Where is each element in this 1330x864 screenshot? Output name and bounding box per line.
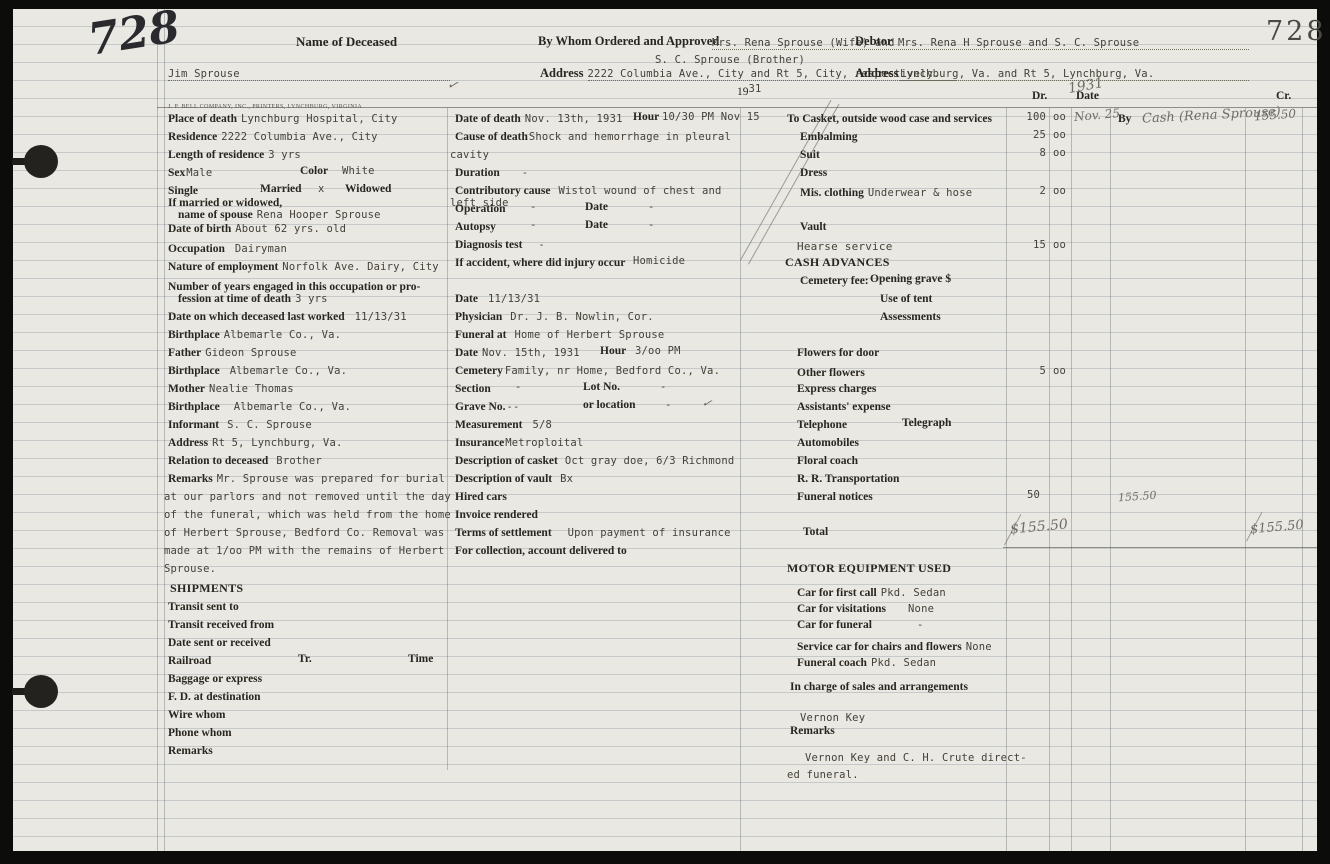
field-value: 11/13/31 xyxy=(355,311,407,323)
field-value: - xyxy=(515,381,522,394)
field-label: Lot No. xyxy=(583,381,620,394)
shipment-field-label: Baggage or express xyxy=(168,673,262,685)
field-value: 2222 Columbia Ave., City xyxy=(221,131,378,143)
field-value: Nov. 13th, 1931 xyxy=(525,113,623,125)
field-label: name of spouse xyxy=(178,209,253,221)
shipment-field-label: Phone whom xyxy=(168,727,232,739)
remarks-row: RemarksMr. Sprouse was prepared for buri… xyxy=(168,471,445,486)
telephone-telegraph-row: TelephoneTelegraph xyxy=(797,417,847,432)
cemetery-fee-row: Cemetery fee:Opening grave $ xyxy=(800,273,869,288)
field-value: -- xyxy=(506,401,519,413)
field-label: Insurance xyxy=(455,437,504,449)
field-label: Date xyxy=(585,219,608,232)
mother-row: MotherNealie Thomas xyxy=(168,381,294,396)
field-value: Norfolk Ave. Dairy, City xyxy=(282,261,439,273)
field-value: Pkd. Sedan xyxy=(871,657,936,669)
accident-row: If accident, where did injury occurHomic… xyxy=(455,255,625,270)
charge-row: Suit xyxy=(800,147,820,162)
field-value: 10/30 PM Nov 15 xyxy=(662,111,760,124)
shipment-field-label: Date sent or received xyxy=(168,637,271,649)
margin-rule xyxy=(157,9,158,851)
charge-cents: oo xyxy=(1053,111,1066,123)
debtor-address-label: Address xyxy=(855,66,899,80)
shipment-field-label: Tr. xyxy=(298,653,312,666)
charge-cents: oo xyxy=(1053,147,1066,159)
field-value: Gideon Sprouse xyxy=(205,347,296,359)
flowers-for-door-label: Flowers for door xyxy=(797,347,879,359)
field-label: Funeral coach xyxy=(797,657,867,669)
field-label: Section xyxy=(455,383,491,395)
field-label: Birthplace xyxy=(168,365,220,377)
remarks-line: made at 1/oo PM with the remains of Herb… xyxy=(164,545,444,557)
grave-row: Grave No.--or location- xyxy=(455,399,520,414)
motor-row: Funeral coachPkd. Sedan xyxy=(797,655,936,670)
date-of-birth-row: Date of birthAbout 62 yrs. old xyxy=(168,221,346,236)
remarks-line: of Herbert Sprouse, Bedford Co. Removal … xyxy=(164,527,444,539)
insurance-row: InsuranceMetroploital xyxy=(455,435,583,450)
charge-dollars: 8 xyxy=(1006,147,1046,159)
remarks-line: Mr. Sprouse was prepared for burial xyxy=(217,473,445,485)
motor-row: Car for first callPkd. Sedan xyxy=(797,585,946,600)
date-column-rule xyxy=(1071,108,1072,851)
shipment-field-label: F. D. at destination xyxy=(168,691,261,703)
field-label: Widowed xyxy=(345,183,391,196)
autopsy-row: Autopsy-Date- xyxy=(455,219,496,234)
field-label: Service car for chairs and flowers xyxy=(797,641,962,653)
field-label: Cemetery fee: xyxy=(800,275,869,287)
field-label: Date on which deceased last worked xyxy=(168,311,345,323)
place-of-death-row: Place of deathLynchburg Hospital, City xyxy=(168,111,398,126)
field-value: None xyxy=(908,603,934,615)
field-value: Metroploital xyxy=(505,437,583,449)
residence-row: Residence2222 Columbia Ave., City xyxy=(168,129,378,144)
duration-row: Duration- xyxy=(455,165,528,180)
field-label: Father xyxy=(168,347,201,359)
express-charges-label: Express charges xyxy=(797,383,876,395)
rr-transportation-label: R. R. Transportation xyxy=(797,473,899,485)
marital-status-mark: x xyxy=(318,183,325,196)
spouse-name-row: name of spouseRena Hooper Sprouse xyxy=(178,207,381,222)
name-of-deceased-label: Name of Deceased xyxy=(296,34,397,49)
shipment-field-label: Time xyxy=(408,653,433,666)
motor-row: Car for visitationsNone xyxy=(797,601,934,616)
charge-row: To Casket, outside wood case and service… xyxy=(787,111,992,126)
field-label: Address xyxy=(168,437,208,449)
charge-row: Embalming xyxy=(800,129,858,144)
field-value: 5/8 xyxy=(533,419,553,431)
funeral-notices-label: Funeral notices xyxy=(797,491,873,503)
field-value: Brother xyxy=(276,455,322,467)
field-label: Informant xyxy=(168,419,219,431)
last-worked-row: Date on which deceased last worked11/13/… xyxy=(168,309,407,324)
shipment-field-label: Railroad xyxy=(168,655,211,667)
debtor-value: Mrs. Rena H Sprouse and S. C. Sprouse xyxy=(898,37,1249,50)
field-value: Male xyxy=(186,167,212,179)
dr-column-header: Dr. xyxy=(1032,90,1047,102)
field-value: Albemarle Co., Va. xyxy=(230,365,347,377)
field-value: S. C. Sprouse xyxy=(227,419,312,431)
field-label: Nature of employment xyxy=(168,261,278,273)
field-value: cavity xyxy=(450,149,489,161)
ordered-by-value-line2: S. C. Sprouse (Brother) xyxy=(655,54,805,66)
field-value: Shock and hemorrhage in pleural xyxy=(529,131,731,143)
field-label: Funeral at xyxy=(455,329,506,341)
printed-record-number: 728 xyxy=(1266,16,1327,47)
charge-label: To Casket, outside wood case and service… xyxy=(787,113,992,125)
motor-equipment-title: MOTOR EQUIPMENT USED xyxy=(787,561,951,575)
field-label: Telegraph xyxy=(902,417,951,430)
credit-column-rule xyxy=(1245,108,1246,851)
charge-row: Hearse service xyxy=(797,239,893,254)
field-value: Homicide xyxy=(633,255,685,268)
operation-row: Operation-Date- xyxy=(455,201,505,216)
field-value: - xyxy=(660,381,667,394)
employment-row: Nature of employmentNorfolk Ave. Dairy, … xyxy=(168,259,439,274)
informant-address-row: AddressRt 5, Lynchburg, Va. xyxy=(168,435,343,450)
field-label: Birthplace xyxy=(168,329,220,341)
charge-cents: oo xyxy=(1053,129,1066,141)
invoice-rendered-label: Invoice rendered xyxy=(455,509,538,521)
motor-row: Car for funeral- xyxy=(797,617,923,632)
charge-cents: oo xyxy=(1053,239,1066,251)
field-value: Upon payment of insurance xyxy=(568,527,731,539)
motor-row: Service car for chairs and flowersNone xyxy=(797,639,992,654)
cemetery-row: CemeteryFamily, nr Home, Bedford Co., Va… xyxy=(455,363,720,378)
field-value: - xyxy=(648,219,655,232)
year-printed: 19 xyxy=(737,86,749,98)
section-row: Section-Lot No.- xyxy=(455,381,491,396)
charge-dollars: 50 xyxy=(1000,489,1040,501)
punch-hole xyxy=(24,145,58,178)
field-label: Hour xyxy=(633,111,659,124)
charge-row: Dress xyxy=(800,165,827,180)
field-value: White xyxy=(342,165,375,178)
field-label: Date of death xyxy=(455,113,521,125)
charge-dollars: 15 xyxy=(1006,239,1046,251)
relation-row: Relation to deceasedBrother xyxy=(168,453,322,468)
shipment-field-label: Wire whom xyxy=(168,709,225,721)
field-value: Lynchburg Hospital, City xyxy=(241,113,398,125)
field-value: Pkd. Sedan xyxy=(881,587,946,599)
field-label: Cemetery xyxy=(455,365,503,377)
scan-edge-left xyxy=(0,0,13,864)
field-label: or location xyxy=(583,399,636,412)
charge-dollars: 5 xyxy=(1006,365,1046,377)
field-label: Physician xyxy=(455,311,502,323)
field-label: Place of death xyxy=(168,113,237,125)
terms-row: Terms of settlementUpon payment of insur… xyxy=(455,525,731,540)
funeral-at-row: Funeral atHome of Herbert Sprouse xyxy=(455,327,664,342)
field-label: Description of casket xyxy=(455,455,558,467)
ordered-address-label: Address xyxy=(540,66,584,80)
in-charge-label: In charge of sales and arrangements xyxy=(790,681,968,693)
field-label: Date xyxy=(455,293,478,305)
years-engaged-row2: fession at time of death3 yrs xyxy=(178,291,328,306)
printer-imprint: J. P. BELL COMPANY, INC., PRINTERS, LYNC… xyxy=(168,104,362,110)
field-label: Opening grave $ xyxy=(870,273,951,286)
field-label: Date of birth xyxy=(168,223,231,235)
field-value: 11/13/31 xyxy=(488,293,540,305)
funeral-record-page: { "header": { "hand_number": "728", "pri… xyxy=(0,0,1330,864)
charge-cents: oo xyxy=(1053,185,1066,197)
occupation-row: OccupationDairyman xyxy=(168,241,287,256)
shipment-field-label: Transit sent to xyxy=(168,601,239,613)
automobiles-label: Automobiles xyxy=(797,437,859,449)
charge-label: Mis. clothing xyxy=(800,187,864,199)
field-value: Oct gray doe, 6/3 Richmond xyxy=(565,455,735,467)
sales-remarks-line: ed funeral. xyxy=(787,769,859,781)
punch-hole xyxy=(24,675,58,708)
column-divider xyxy=(447,108,448,770)
field-label: Occupation xyxy=(168,243,225,255)
use-of-tent-label: Use of tent xyxy=(880,293,932,305)
other-flowers-row: Other flowers xyxy=(797,365,865,380)
credit-column-rule xyxy=(1302,108,1303,851)
charge-dollars: 100 xyxy=(1006,111,1046,123)
sales-remarks-label: Remarks xyxy=(790,725,835,737)
debtor-label: Debtor xyxy=(855,34,893,48)
field-label: Date xyxy=(585,201,608,214)
amount-column-rule xyxy=(1049,108,1050,851)
column-divider xyxy=(740,108,741,851)
field-value: Dr. J. B. Nowlin, Cor. xyxy=(510,311,653,323)
railroad-row: RailroadTr.Time xyxy=(168,653,211,668)
father-birthplace-row: BirthplaceAlbemarle Co., Va. xyxy=(168,363,347,378)
charge-note: Underwear & hose xyxy=(868,187,972,199)
field-label: Diagnosis test xyxy=(455,239,522,251)
field-value: Albemarle Co., Va. xyxy=(234,401,351,413)
field-label: Mother xyxy=(168,383,205,395)
length-of-residence-row: Length of residence3 yrs xyxy=(168,147,301,162)
sex-color-row: SexMaleColorWhite xyxy=(168,165,212,180)
field-value: Dairyman xyxy=(235,243,287,255)
field-value: Nealie Thomas xyxy=(209,383,294,395)
field-label: Terms of settlement xyxy=(455,527,552,539)
field-label: Description of vault xyxy=(455,473,552,485)
field-value: - xyxy=(538,239,545,251)
assessments-label: Assessments xyxy=(880,311,941,323)
field-label: Sex xyxy=(168,167,185,179)
remarks-line: Sprouse. xyxy=(164,563,216,575)
cr-column-header: Cr. xyxy=(1276,90,1291,102)
field-label: Remarks xyxy=(168,473,213,485)
charge-label: Vault xyxy=(800,221,826,233)
floral-coach-label: Floral coach xyxy=(797,455,858,467)
margin-rule xyxy=(164,9,165,851)
field-value: Rena Hooper Sprouse xyxy=(257,209,381,221)
measurement-row: Measurement5/8 xyxy=(455,417,552,432)
field-label: Car for funeral xyxy=(797,619,872,631)
field-label: Residence xyxy=(168,131,217,143)
charge-row: Vault xyxy=(800,219,826,234)
charge-label: Dress xyxy=(800,167,827,179)
deceased-name-value: Jim Sprouse xyxy=(168,68,450,81)
charge-label: Hearse service xyxy=(797,240,893,253)
field-value: None xyxy=(966,641,992,653)
total-label: Total xyxy=(803,526,828,538)
sales-remarks-line: Vernon Key and C. H. Crute direct- xyxy=(805,752,1027,764)
field-value: 3 yrs xyxy=(295,293,328,305)
field-value: 3 yrs xyxy=(268,149,301,161)
diagnosis-row: Diagnosis test- xyxy=(455,237,545,252)
charge-cents: oo xyxy=(1053,365,1066,377)
casket-description-row: Description of casketOct gray doe, 6/3 R… xyxy=(455,453,734,468)
remarks-line: at our parlors and not removed until the… xyxy=(164,491,451,503)
shipment-field-label: Transit received from xyxy=(168,619,274,631)
certificate-date-row: Date11/13/31 xyxy=(455,291,540,306)
birthplace-row: BirthplaceAlbemarle Co., Va. xyxy=(168,327,341,342)
charge-dollars: 25 xyxy=(1006,129,1046,141)
cause-of-death-row: Cause of deathShock and hemorrhage in pl… xyxy=(455,129,731,144)
field-label: Hour xyxy=(600,345,626,358)
field-value: - xyxy=(917,619,924,631)
scan-edge-bottom xyxy=(0,851,1330,864)
date-of-death-row: Date of deathNov. 13th, 1931Hour10/30 PM… xyxy=(455,111,623,126)
field-label: Autopsy xyxy=(455,221,496,233)
field-value: Bx xyxy=(560,473,573,485)
physician-row: PhysicianDr. J. B. Nowlin, Cor. xyxy=(455,309,654,324)
field-label: fession at time of death xyxy=(178,293,291,305)
field-value: - xyxy=(530,201,537,214)
ordered-by-label: By Whom Ordered and Approved xyxy=(538,34,719,48)
charge-label: Embalming xyxy=(800,131,858,143)
field-value: 3/oo PM xyxy=(635,345,681,358)
field-label: If accident, where did injury occur xyxy=(455,257,625,269)
field-label: Other flowers xyxy=(797,367,865,379)
pencil-amount: 155.50 xyxy=(1118,489,1157,505)
field-label: Relation to deceased xyxy=(168,455,268,467)
scan-edge-top xyxy=(0,0,1330,9)
field-label: Car for visitations xyxy=(797,603,886,615)
field-label: Grave No. xyxy=(455,401,505,413)
field-label: Birthplace xyxy=(168,401,220,413)
field-value: - xyxy=(530,219,537,232)
cash-advances-title: CASH ADVANCES xyxy=(785,255,890,269)
field-label: Length of residence xyxy=(168,149,264,161)
funeral-date-row: DateNov. 15th, 1931Hour3/oo PM xyxy=(455,345,580,360)
description-column-rule xyxy=(1110,108,1111,851)
field-label: Color xyxy=(300,165,328,178)
charge-label: Suit xyxy=(800,149,820,161)
field-label: Cause of death xyxy=(455,131,528,143)
assistants-expense-label: Assistants' expense xyxy=(797,401,891,413)
father-row: FatherGideon Sprouse xyxy=(168,345,297,360)
field-value: - xyxy=(665,399,672,412)
field-label: Car for first call xyxy=(797,587,877,599)
field-label: Date xyxy=(455,347,478,359)
field-value: - xyxy=(648,201,655,214)
remarks-line: of the funeral, which was held from the … xyxy=(164,509,451,521)
field-label: Telephone xyxy=(797,419,847,431)
charge-dollars: 2 xyxy=(1006,185,1046,197)
shipments-title: SHIPMENTS xyxy=(170,581,243,595)
year-typed: 31 xyxy=(749,83,762,95)
vault-description-row: Description of vaultBx xyxy=(455,471,573,486)
field-value: About 62 yrs. old xyxy=(235,223,346,235)
for-collection-label: For collection, account delivered to xyxy=(455,545,627,557)
field-value: Nov. 15th, 1931 xyxy=(482,347,580,359)
field-value: - xyxy=(522,167,529,179)
field-value: Home of Herbert Sprouse xyxy=(514,329,664,341)
ledger-by-label: By xyxy=(1118,113,1131,125)
field-value: Albemarle Co., Va. xyxy=(224,329,341,341)
charge-row: Mis. clothingUnderwear & hose xyxy=(800,185,972,200)
field-label: Duration xyxy=(455,167,500,179)
field-value: Family, nr Home, Bedford Co., Va. xyxy=(505,365,720,377)
shipment-field-label: Remarks xyxy=(168,745,213,757)
hired-cars-label: Hired cars xyxy=(455,491,507,503)
informant-row: InformantS. C. Sprouse xyxy=(168,417,312,432)
mother-birthplace-row: BirthplaceAlbemarle Co., Va. xyxy=(168,399,351,414)
ledger-credit-amount: 155.50 xyxy=(1254,107,1297,124)
field-label: Measurement xyxy=(455,419,523,431)
field-label: Operation xyxy=(455,203,505,215)
field-value: Rt 5, Lynchburg, Va. xyxy=(212,437,342,449)
total-underline xyxy=(1003,547,1317,548)
field-value: Wistol wound of chest and xyxy=(559,185,722,197)
amount-column-rule xyxy=(1006,108,1007,851)
scan-edge-right xyxy=(1317,0,1330,864)
